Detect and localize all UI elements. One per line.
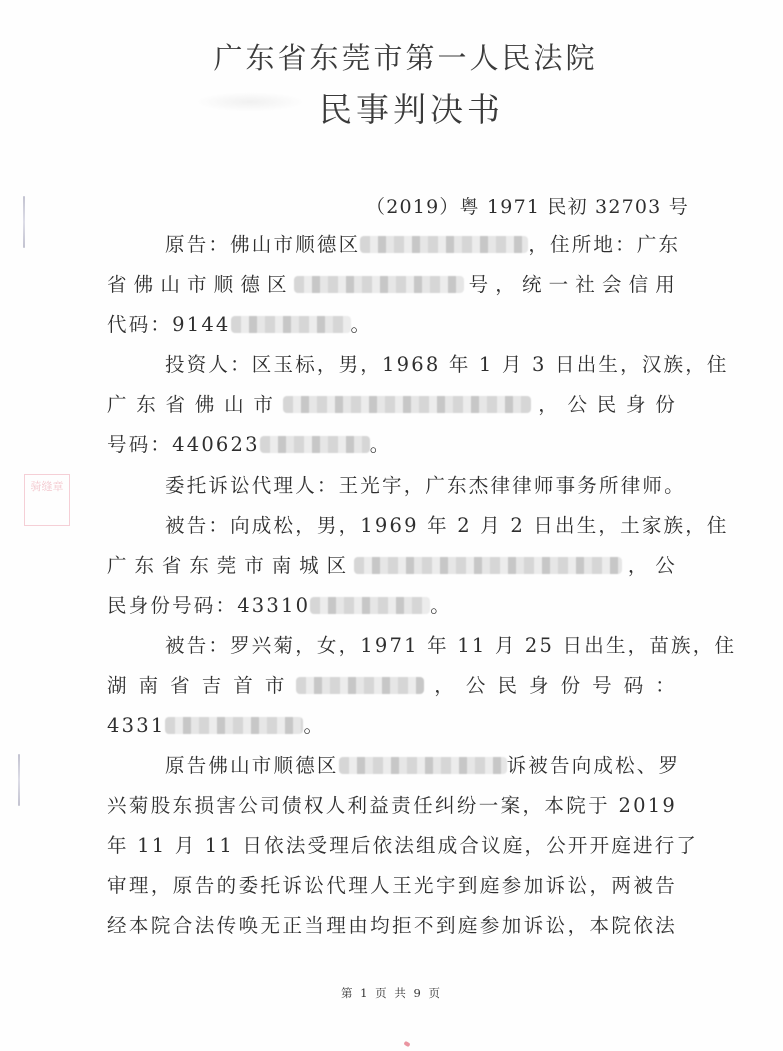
redacted-block — [339, 757, 507, 774]
line-text: 诉被告向成松、罗 — [507, 754, 681, 777]
redacted-block — [354, 557, 622, 574]
line-text: 号码：440623 — [107, 433, 260, 456]
defendant1-line-1: 被告：向成松，男，1969 年 2 月 2 日出生，土家族，住 — [165, 511, 677, 541]
plaintiff-line-1: 原告：佛山市顺德区，住所地：广东 — [165, 230, 677, 260]
redacted-block — [165, 717, 303, 734]
body-line-3: 年 11 月 11 日依法受理后依法组成合议庭，公开开庭进行了 — [107, 831, 677, 861]
redacted-block — [294, 276, 464, 293]
line-text: 湖南省吉首市 — [107, 674, 296, 697]
red-ink-speck — [403, 1041, 410, 1047]
body-line-5: 经本院合法传唤无正当理由均拒不到庭参加诉讼，本院依法 — [107, 911, 677, 941]
document-page: 广东省东莞市第一人民法院 民事判决书 （2019）粤 1971 民初 32703… — [0, 0, 783, 1051]
case-number: （2019）粤 1971 民初 32703 号 — [366, 192, 689, 219]
defendant2-line-1: 被告：罗兴菊，女，1971 年 11 月 25 日出生，苗族，住 — [165, 631, 677, 661]
redacted-block — [310, 597, 430, 614]
plaintiff-line-2: 省佛山市顺德区号，统一社会信用 — [107, 270, 677, 300]
body-line-1: 原告佛山市顺德区诉被告向成松、罗 — [165, 751, 677, 781]
redacted-block — [231, 316, 351, 333]
defendant1-line-2: 广东省东莞市南城区，公 — [107, 551, 677, 581]
line-text: 省佛山市顺德区 — [107, 273, 294, 296]
line-text: 。 — [430, 594, 452, 617]
line-text: 。 — [351, 313, 373, 336]
line-text: ，住所地：广东 — [528, 233, 680, 256]
redacted-block — [296, 677, 424, 694]
investor-line-2: 广东省佛山市，公民身份 — [107, 390, 677, 420]
line-text: ，公民身份号码： — [424, 674, 677, 697]
line-text: 。 — [303, 714, 325, 737]
redacted-block — [360, 236, 528, 253]
line-text: 号，统一社会信用 — [464, 273, 677, 296]
line-text: 广东省佛山市 — [107, 393, 283, 416]
line-text: ，公 — [622, 554, 677, 577]
defendant1-line-3: 民身份号码：43310。 — [107, 591, 677, 621]
redacted-block — [283, 396, 531, 413]
document-type-title: 民事判决书 — [0, 84, 783, 131]
investor-line-1: 投资人：区玉标，男，1968 年 1 月 3 日出生，汉族，住 — [165, 350, 677, 380]
seam-stamp-icon: 骑缝章 — [24, 474, 70, 526]
page-number-footer: 第 1 页 共 9 页 — [0, 985, 783, 1001]
court-name: 广东省东莞市第一人民法院 — [0, 36, 783, 77]
line-text: 广东省东莞市南城区 — [107, 554, 354, 577]
binding-mark-icon — [18, 754, 20, 806]
line-text: 代码：9144 — [107, 313, 231, 336]
line-text: 民身份号码：43310 — [107, 594, 310, 617]
body-line-4: 审理，原告的委托诉讼代理人王光宇到庭参加诉讼，两被告 — [107, 871, 677, 901]
defendant2-line-3: 4331。 — [107, 711, 677, 741]
defendant2-line-2: 湖南省吉首市，公民身份号码： — [107, 671, 677, 701]
plaintiff-line-3: 代码：9144。 — [107, 310, 677, 340]
line-text: 。 — [370, 433, 392, 456]
investor-line-3: 号码：440623。 — [107, 430, 677, 460]
binding-mark-icon — [23, 196, 25, 248]
body-line-2: 兴菊股东损害公司债权人利益责任纠纷一案，本院于 2019 — [107, 791, 677, 821]
line-text: 原告：佛山市顺德区 — [165, 233, 360, 256]
redacted-block — [260, 436, 370, 453]
line-text: 原告佛山市顺德区 — [165, 754, 339, 777]
agent-line: 委托诉讼代理人：王光宇，广东杰律律师事务所律师。 — [165, 471, 677, 501]
line-text: ，公民身份 — [531, 393, 677, 416]
line-text: 4331 — [107, 714, 165, 737]
